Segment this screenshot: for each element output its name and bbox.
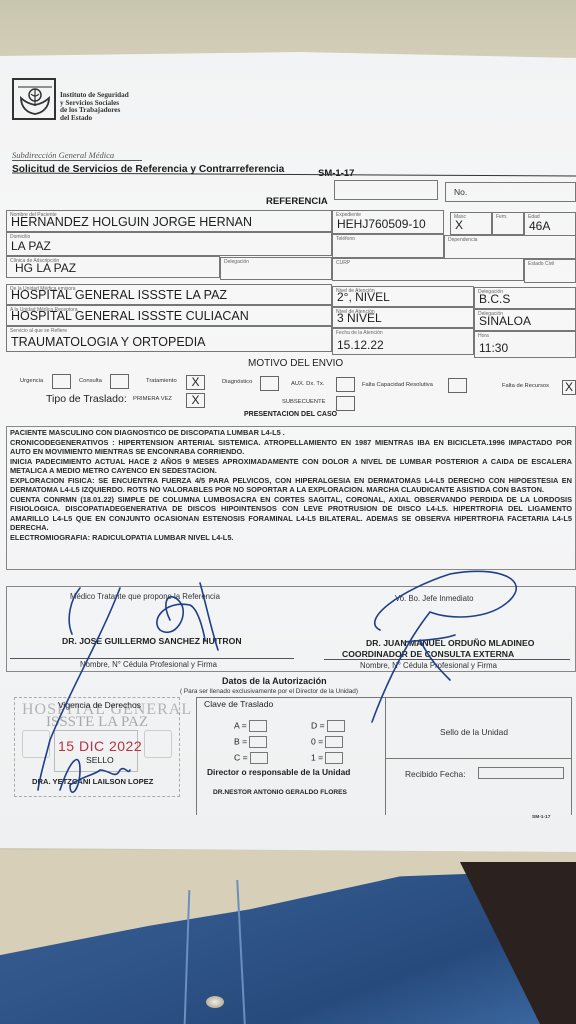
consulta-label: Consulta: [79, 378, 102, 384]
clinica-value: HG LA PAZ: [15, 261, 76, 275]
tipo-traslado-label: Tipo de Traslado:: [46, 393, 127, 405]
receptora-nivel-field[interactable]: Nivel de Atención 3 NIVEL: [332, 307, 474, 328]
field-label: Estado Civil: [528, 261, 554, 267]
emisora-delegacion-field[interactable]: Delegación B.C.S: [474, 287, 576, 309]
receptora-delegacion-value: SINALOA: [479, 314, 531, 328]
case-text: PACIENTE MASCULINO CON DIAGNOSTICO DE DI…: [10, 428, 572, 542]
emisora-value: HOSPITAL GENERAL ISSSTE LA PAZ: [11, 288, 227, 302]
domicilio-value: LA PAZ: [11, 239, 51, 253]
clinica-field[interactable]: Clínica de Adscripción HG LA PAZ: [6, 256, 220, 278]
institution-line: del Estado: [60, 115, 129, 123]
case-paragraph: INICIA PADECIMIENTO ACTUAL HACE 2 AÑOS 9…: [10, 457, 572, 476]
hora-field[interactable]: Hora 11:30: [474, 331, 576, 358]
signature-line: [324, 659, 570, 660]
signature-caption: Nombre, N° Cédula Profesional y Firma: [80, 660, 217, 669]
motivo-title: MOTIVO DEL ENVIO: [248, 358, 343, 369]
field-label: Delegación: [224, 259, 249, 265]
supervisor-label: Vo. Bo. Jefe Inmediato: [395, 594, 473, 603]
age-value: 46A: [529, 219, 550, 233]
consulta-checkbox[interactable]: [110, 374, 129, 389]
divider: [12, 160, 142, 161]
estado-civil-field[interactable]: Estado Civil: [524, 259, 576, 283]
director-name: DR.NESTOR ANTONIO GERALDO FLORES: [213, 789, 347, 796]
case-paragraph: EXPLORACION FISICA: SE ENCUENTRA FUERZA …: [10, 476, 572, 495]
fecha-field[interactable]: Fecha de la Atención 15.12.22: [332, 328, 474, 355]
urgencia-checkbox[interactable]: [52, 374, 71, 389]
authorization-title: Datos de la Autorización: [222, 676, 327, 686]
clave-b-label: B =: [234, 736, 247, 746]
authorization-subtitle: ( Para ser llenado exclusivamente por el…: [180, 688, 358, 695]
falta-capacidad-label: Falta Capacidad Resolutiva: [362, 382, 433, 388]
emisora-nivel-field[interactable]: Nivel de Atención 2°, NIVEL: [332, 286, 474, 307]
treating-doctor-label: Médico Tratante que propone la Referenci…: [70, 592, 220, 601]
expediente-value: HEHJ760509-10: [337, 217, 426, 231]
background-wall: [0, 0, 576, 60]
patient-name-field[interactable]: Nombre del Paciente HERNANDEZ HOLGUIN JO…: [6, 210, 332, 232]
number-field[interactable]: No.: [445, 182, 576, 202]
stamp-logo-icon: [22, 730, 50, 758]
field-label: Fecha de la Atención: [336, 330, 383, 336]
masc-value: X: [455, 218, 463, 232]
tratamiento-checkbox[interactable]: X: [186, 375, 205, 390]
clave-1-label: 1 =: [311, 752, 323, 762]
field-label: Dependencia: [448, 237, 477, 243]
footer-form-code: SM-1-17: [532, 815, 550, 820]
director-label: Director o responsable de la Unidad: [207, 767, 350, 777]
supervisor-title: COORDINADOR DE CONSULTA EXTERNA: [342, 649, 514, 659]
sex-fem-field[interactable]: Fem.: [492, 212, 524, 235]
expediente-field[interactable]: Expediente HEHJ760509-10: [332, 210, 444, 234]
primera-vez-label: PRIMERA VEZ: [133, 396, 172, 402]
subsecuente-label: SUBSECUENTE: [282, 399, 326, 405]
stamp-issste-text: ISSSTE LA PAZ: [46, 714, 148, 731]
field-label: Hora: [478, 333, 489, 339]
diagnostico-checkbox[interactable]: [260, 376, 279, 391]
field-label: CURP: [336, 260, 350, 266]
aux-dx-tx-checkbox[interactable]: [336, 377, 355, 392]
case-paragraph: CUENTA CONRMN (18.01.22) SIMPLE DE COLUM…: [10, 495, 572, 533]
clave-0-checkbox[interactable]: [325, 736, 343, 748]
emisora-nivel-value: 2°, NIVEL: [337, 290, 390, 304]
primera-vez-checkbox[interactable]: X: [186, 393, 205, 408]
clave-d-checkbox[interactable]: [327, 720, 345, 732]
sex-masc-field[interactable]: Masc X: [450, 212, 492, 235]
case-description-field[interactable]: PACIENTE MASCULINO CON DIAGNOSTICO DE DI…: [6, 426, 576, 570]
clave-0-label: 0 =: [311, 736, 323, 746]
case-paragraph: ELECTROMIOGRAFIA: RADICULOPATIA LUMBAR N…: [10, 533, 572, 543]
tratamiento-label: Tratamiento: [146, 378, 177, 384]
receptora-value: HOSPITAL GENERAL ISSSTE CULIACAN: [11, 309, 249, 323]
clave-c-label: C =: [234, 752, 248, 762]
subdirection-title: Subdirección General Médica: [12, 150, 114, 160]
telefono-field[interactable]: Teléfono: [332, 234, 444, 258]
clave-1-checkbox[interactable]: [325, 752, 343, 764]
receptora-field[interactable]: A la Unidad Médica Receptora HOSPITAL GE…: [6, 305, 332, 326]
folio-field[interactable]: [334, 180, 438, 200]
jeans-rivet: [206, 996, 224, 1008]
clave-traslado-label: Clave de Traslado: [204, 699, 273, 709]
servicio-value: TRAUMATOLOGIA Y ORTOPEDIA: [11, 335, 206, 349]
signature-caption: Nombre, N° Cédula Profesional y Firma: [360, 661, 497, 670]
dependencia-field[interactable]: Dependencia: [444, 235, 576, 259]
case-title: PRESENTACION DEL CASO: [244, 411, 337, 418]
vigencia-label: Vigencia de Derechos: [58, 700, 141, 710]
falta-recursos-label: Falta de Recursos: [502, 383, 549, 389]
stamp-date: 15 DIC 2022: [58, 738, 142, 754]
case-paragraph: PACIENTE MASCULINO CON DIAGNOSTICO DE DI…: [10, 428, 572, 438]
institution-name: Instituto de Seguridad y Servicios Socia…: [60, 92, 129, 122]
receptora-delegacion-field[interactable]: Delegación SINALOA: [474, 309, 576, 331]
receptora-nivel-value: 3 NIVEL: [337, 311, 382, 325]
subsecuente-checkbox[interactable]: [336, 396, 355, 411]
issste-logo-icon: [12, 78, 56, 120]
patient-name-value: HERNANDEZ HOLGUIN JORGE HERNAN: [11, 215, 252, 229]
falta-recursos-checkbox[interactable]: X: [562, 380, 576, 395]
age-field[interactable]: Edad 46A: [524, 212, 576, 236]
hora-value: 11:30: [479, 341, 508, 355]
field-label: Servicio al que se Refiere: [10, 328, 67, 334]
falta-capacidad-checkbox[interactable]: [448, 378, 467, 393]
supervisor-name: DR. JUAN MANUEL ORDUÑO MLADINEO: [366, 638, 534, 648]
domicilio-field[interactable]: Domicilio LA PAZ: [6, 232, 332, 256]
curp-field[interactable]: CURP: [332, 258, 524, 281]
emisora-delegacion-value: B.C.S: [479, 292, 510, 306]
servicio-field[interactable]: Servicio al que se Refiere TRAUMATOLOGIA…: [6, 326, 332, 352]
recibido-label: Recibido Fecha:: [405, 769, 466, 779]
field-label: Teléfono: [336, 236, 355, 242]
clave-c-checkbox[interactable]: [250, 752, 268, 764]
stamp-logo-icon: [144, 730, 172, 758]
clave-traslado-section: [196, 697, 386, 815]
clave-a-label: A =: [234, 720, 247, 730]
clave-b-checkbox[interactable]: [249, 736, 267, 748]
emisora-field[interactable]: De la Unidad Médica emisora HOSPITAL GEN…: [6, 284, 332, 305]
signature-line: [10, 658, 294, 659]
recibido-date-field[interactable]: [478, 767, 564, 779]
aux-dx-tx-label: AUX. Dx. Tx.: [291, 381, 324, 387]
treating-doctor-name: DR. JOSE GUILLERMO SANCHEZ HUITRON: [62, 636, 242, 646]
field-label: Fem.: [496, 214, 507, 220]
section-title-referencia: REFERENCIA: [266, 196, 328, 207]
stamp-label: SELLO: [86, 755, 114, 765]
case-paragraph: CRONICODEGENERATIVOS : HIPERTENSION ARTE…: [10, 438, 572, 457]
number-label: No.: [454, 187, 467, 197]
stamp-signer-name: DRA. YETZCANI LAILSON LOPEZ: [32, 777, 153, 786]
clave-d-label: D =: [311, 720, 325, 730]
clave-a-checkbox[interactable]: [249, 720, 267, 732]
sello-unidad-label: Sello de la Unidad: [440, 727, 508, 737]
delegacion-field[interactable]: Delegación: [220, 257, 332, 280]
diagnostico-label: Diagnóstico: [222, 379, 252, 385]
fecha-value: 15.12.22: [337, 338, 384, 352]
urgencia-label: Urgencia: [20, 378, 43, 384]
